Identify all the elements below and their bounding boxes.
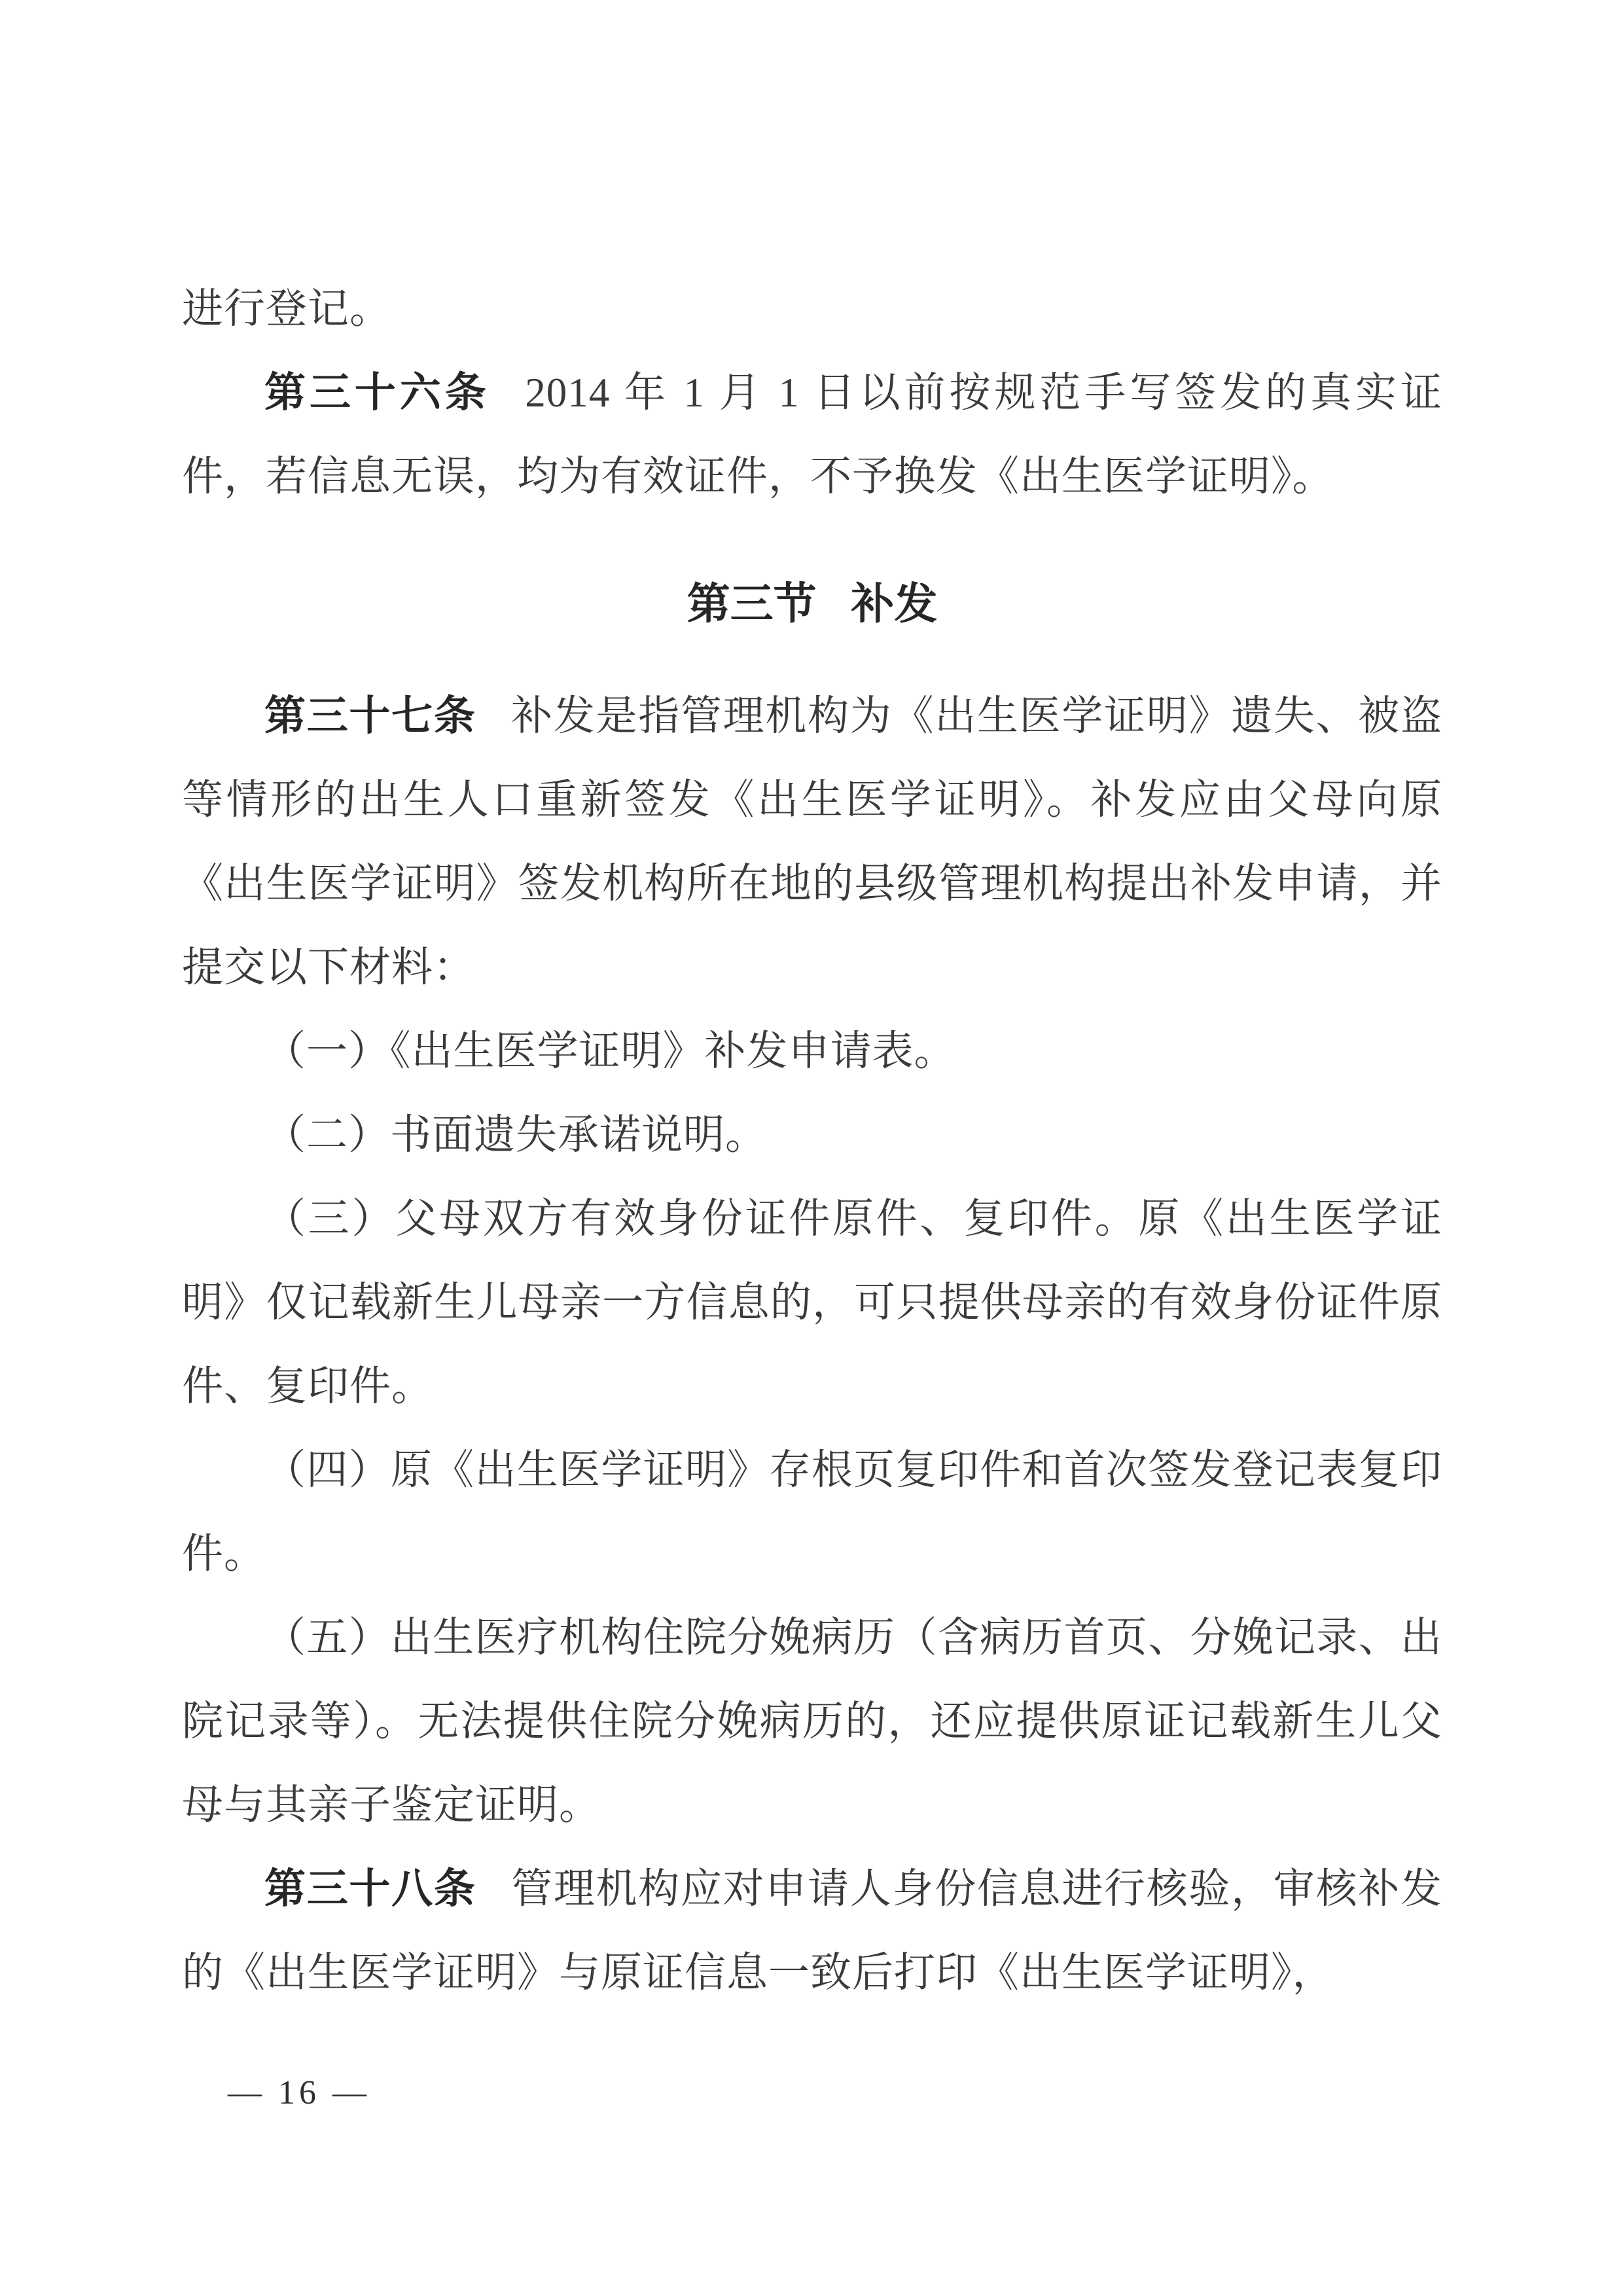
article-number: 第三十六条	[264, 370, 490, 416]
paragraph-text: 进行登记。	[182, 286, 391, 332]
section-heading: 第三节补发	[182, 563, 1442, 647]
page-number: — 16 —	[228, 2073, 370, 2113]
paragraph: （四）原《出生医学证明》存根页复印件和首次签发登记表复印件。	[182, 1428, 1442, 1596]
paragraph: （三）父母双方有效身份证件原件、复印件。原《出生医学证明》仅记载新生儿母亲一方信…	[182, 1177, 1442, 1428]
section-number: 第三节	[687, 581, 817, 628]
paragraph-text: （四）原《出生医学证明》存根页复印件和首次签发登记表复印件。	[182, 1447, 1442, 1577]
paragraph: 第三十六条2014 年 1 月 1 日以前按规范手写签发的真实证件，若信息无误，…	[182, 351, 1442, 518]
paragraph: （二）书面遗失承诺说明。	[182, 1093, 1442, 1177]
paragraph: （五）出生医疗机构住院分娩病历（含病历首页、分娩记录、出院记录等）。无法提供住院…	[182, 1596, 1442, 1847]
paragraph-text: （一）《出生医学证明》补发申请表。	[264, 1028, 956, 1074]
paragraph: （一）《出生医学证明》补发申请表。	[182, 1009, 1442, 1093]
paragraph-text: （五）出生医疗机构住院分娩病历（含病历首页、分娩记录、出院记录等）。无法提供住院…	[182, 1615, 1442, 1828]
article-number: 第三十八条	[264, 1866, 476, 1912]
document-body: 进行登记。第三十六条2014 年 1 月 1 日以前按规范手写签发的真实证件，若…	[182, 267, 1442, 2015]
paragraph-text: （二）书面遗失承诺说明。	[264, 1112, 767, 1158]
paragraph: 第三十八条管理机构应对申请人身份信息进行核验，审核补发的《出生医学证明》与原证信…	[182, 1847, 1442, 2015]
article-number: 第三十七条	[264, 693, 476, 739]
paragraph: 进行登记。	[182, 267, 1442, 351]
paragraph: 第三十七条补发是指管理机构为《出生医学证明》遗失、被盗等情形的出生人口重新签发《…	[182, 674, 1442, 1009]
paragraph-text: 补发	[851, 581, 937, 628]
paragraph-text: （三）父母双方有效身份证件原件、复印件。原《出生医学证明》仅记载新生儿母亲一方信…	[182, 1196, 1442, 1409]
document-page: 进行登记。第三十六条2014 年 1 月 1 日以前按规范手写签发的真实证件，若…	[0, 0, 1623, 2296]
